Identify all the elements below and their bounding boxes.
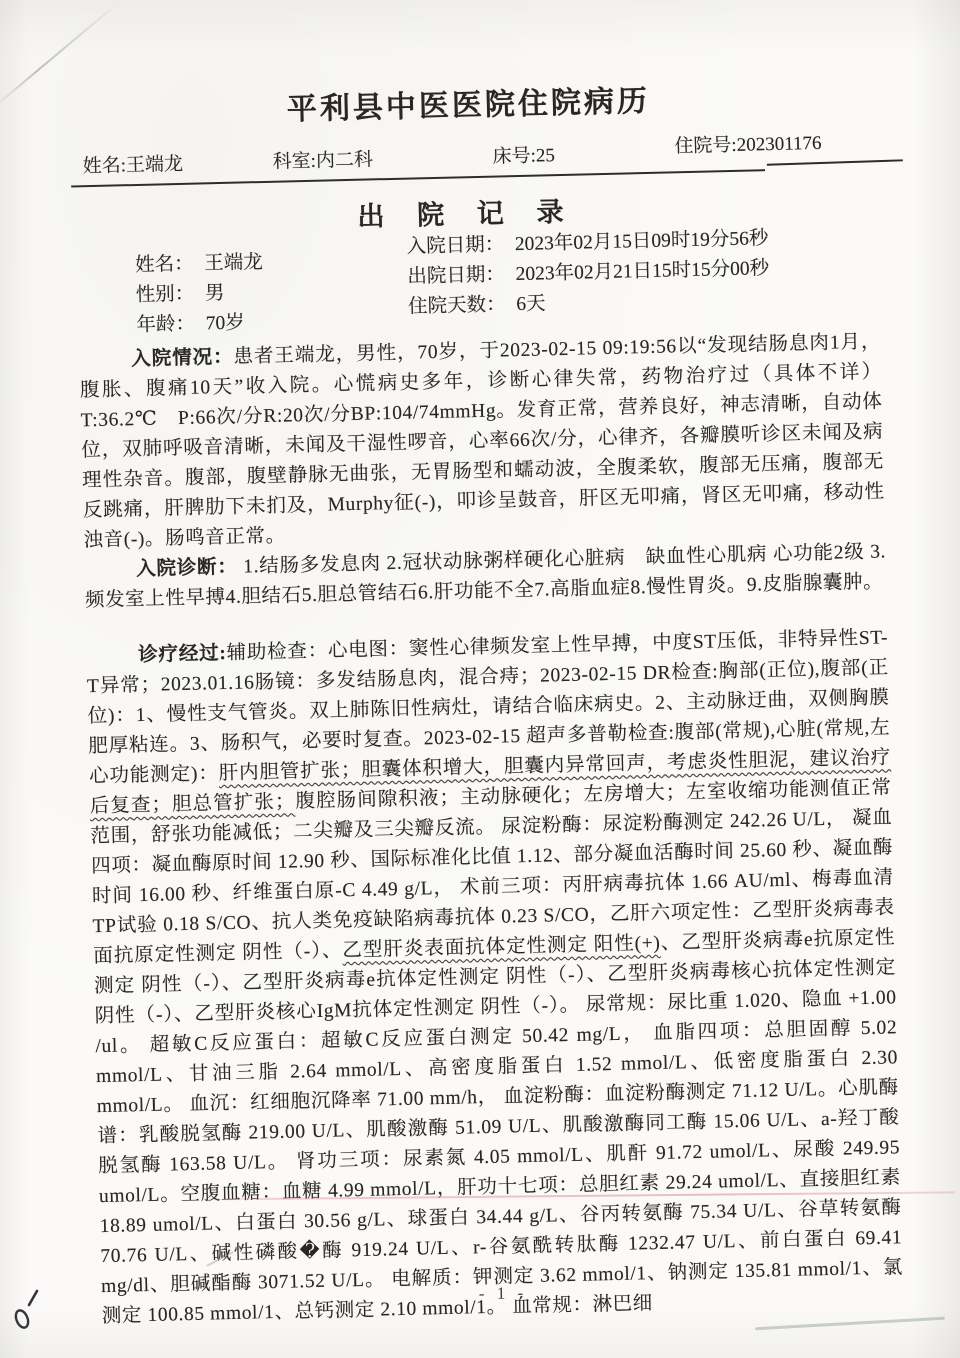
- field-label: 入院日期：: [406, 234, 504, 257]
- header-field-department: 科室:内二科: [272, 144, 373, 173]
- header-field-admission-number: 住院号:202301176: [674, 128, 822, 158]
- document-sheet: 平利县中医医院住院病历 姓名:王端龙 科室:内二科 床号:25 住院号:2023…: [0, 0, 960, 1334]
- patient-sex-row: 性别：男: [135, 278, 263, 311]
- header-field-value: 202301176: [736, 133, 821, 156]
- header-field-label: 姓名:: [82, 155, 126, 177]
- field-label: 性别：: [136, 284, 195, 306]
- section-treatment-course: 诊疗经过:辅助检查：心电图：窦性心律频发室上性早搏，中度ST压低，非特异性ST-…: [86, 623, 904, 1332]
- header-field-label: 住院号:: [674, 135, 737, 157]
- patient-header-row: 姓名:王端龙 科室:内二科 床号:25 住院号:202301176: [74, 127, 877, 192]
- field-label: 姓名：: [135, 254, 194, 276]
- patient-summary-right-column: 入院日期：2023年02月15日09时19分56秒 出院日期：2023年02月2…: [406, 224, 770, 322]
- hospital-title: 平利县中医医院住院病历: [67, 71, 870, 134]
- patient-summary: 姓名：王端龙 性别：男 年龄：70岁 入院日期：2023年02月15日09时19…: [77, 224, 881, 339]
- field-value: 2023年02月21日15时15分00秒: [515, 258, 769, 285]
- header-field-value: 内二科: [316, 149, 373, 171]
- header-field-value: 王端龙: [126, 154, 183, 176]
- section-text: 辅助检查：心电图：窦性心律频发室上性早搏，中度ST压低，非特异性ST-T异常；2…: [87, 627, 908, 1327]
- patient-summary-left-column: 姓名：王端龙 性别：男 年龄：70岁: [135, 248, 265, 341]
- scanned-discharge-record-page: 平利县中医医院住院病历 姓名:王端龙 科室:内二科 床号:25 住院号:2023…: [0, 0, 960, 1358]
- scan-artifact-line: [755, 1317, 945, 1331]
- section-heading: 入院诊断：: [136, 557, 238, 580]
- header-field-patient-name: 姓名:王端龙: [82, 149, 183, 178]
- header-field-label: 床号:: [492, 146, 536, 168]
- report-text: 、乙型肝炎病毒e抗原定性测定 阴性（-）、乙型肝炎病毒e抗体定性测定 阴性（-）…: [94, 927, 908, 1327]
- header-field-value: 25: [536, 145, 555, 166]
- field-value: 70岁: [205, 312, 244, 334]
- field-label: 住院天数：: [408, 294, 506, 317]
- hand-underlined-text: 乙型肝炎表面抗体定性测定 阳性(+): [342, 933, 661, 961]
- header-field-bed-number: 床号:25: [492, 140, 555, 168]
- patient-name-row: 姓名：王端龙: [135, 248, 263, 281]
- patient-age-row: 年龄：70岁: [136, 308, 264, 341]
- header-field-label: 科室:: [272, 151, 316, 173]
- field-value: 2023年02月15日09时19分56秒: [515, 228, 769, 255]
- header-underline-right: [767, 159, 903, 166]
- field-value: 6天: [516, 293, 546, 315]
- section-heading: 入院情况：: [131, 347, 234, 370]
- section-admission-condition: 入院情况：患者王端龙，男性，70岁，于2023-02-15 09:19:56以“…: [79, 327, 886, 556]
- field-value: 王端龙: [204, 252, 263, 274]
- field-label: 年龄：: [136, 314, 195, 336]
- section-heading: 诊疗经过:: [138, 643, 227, 666]
- field-value: 男: [205, 283, 225, 304]
- field-label: 出院日期：: [407, 264, 505, 287]
